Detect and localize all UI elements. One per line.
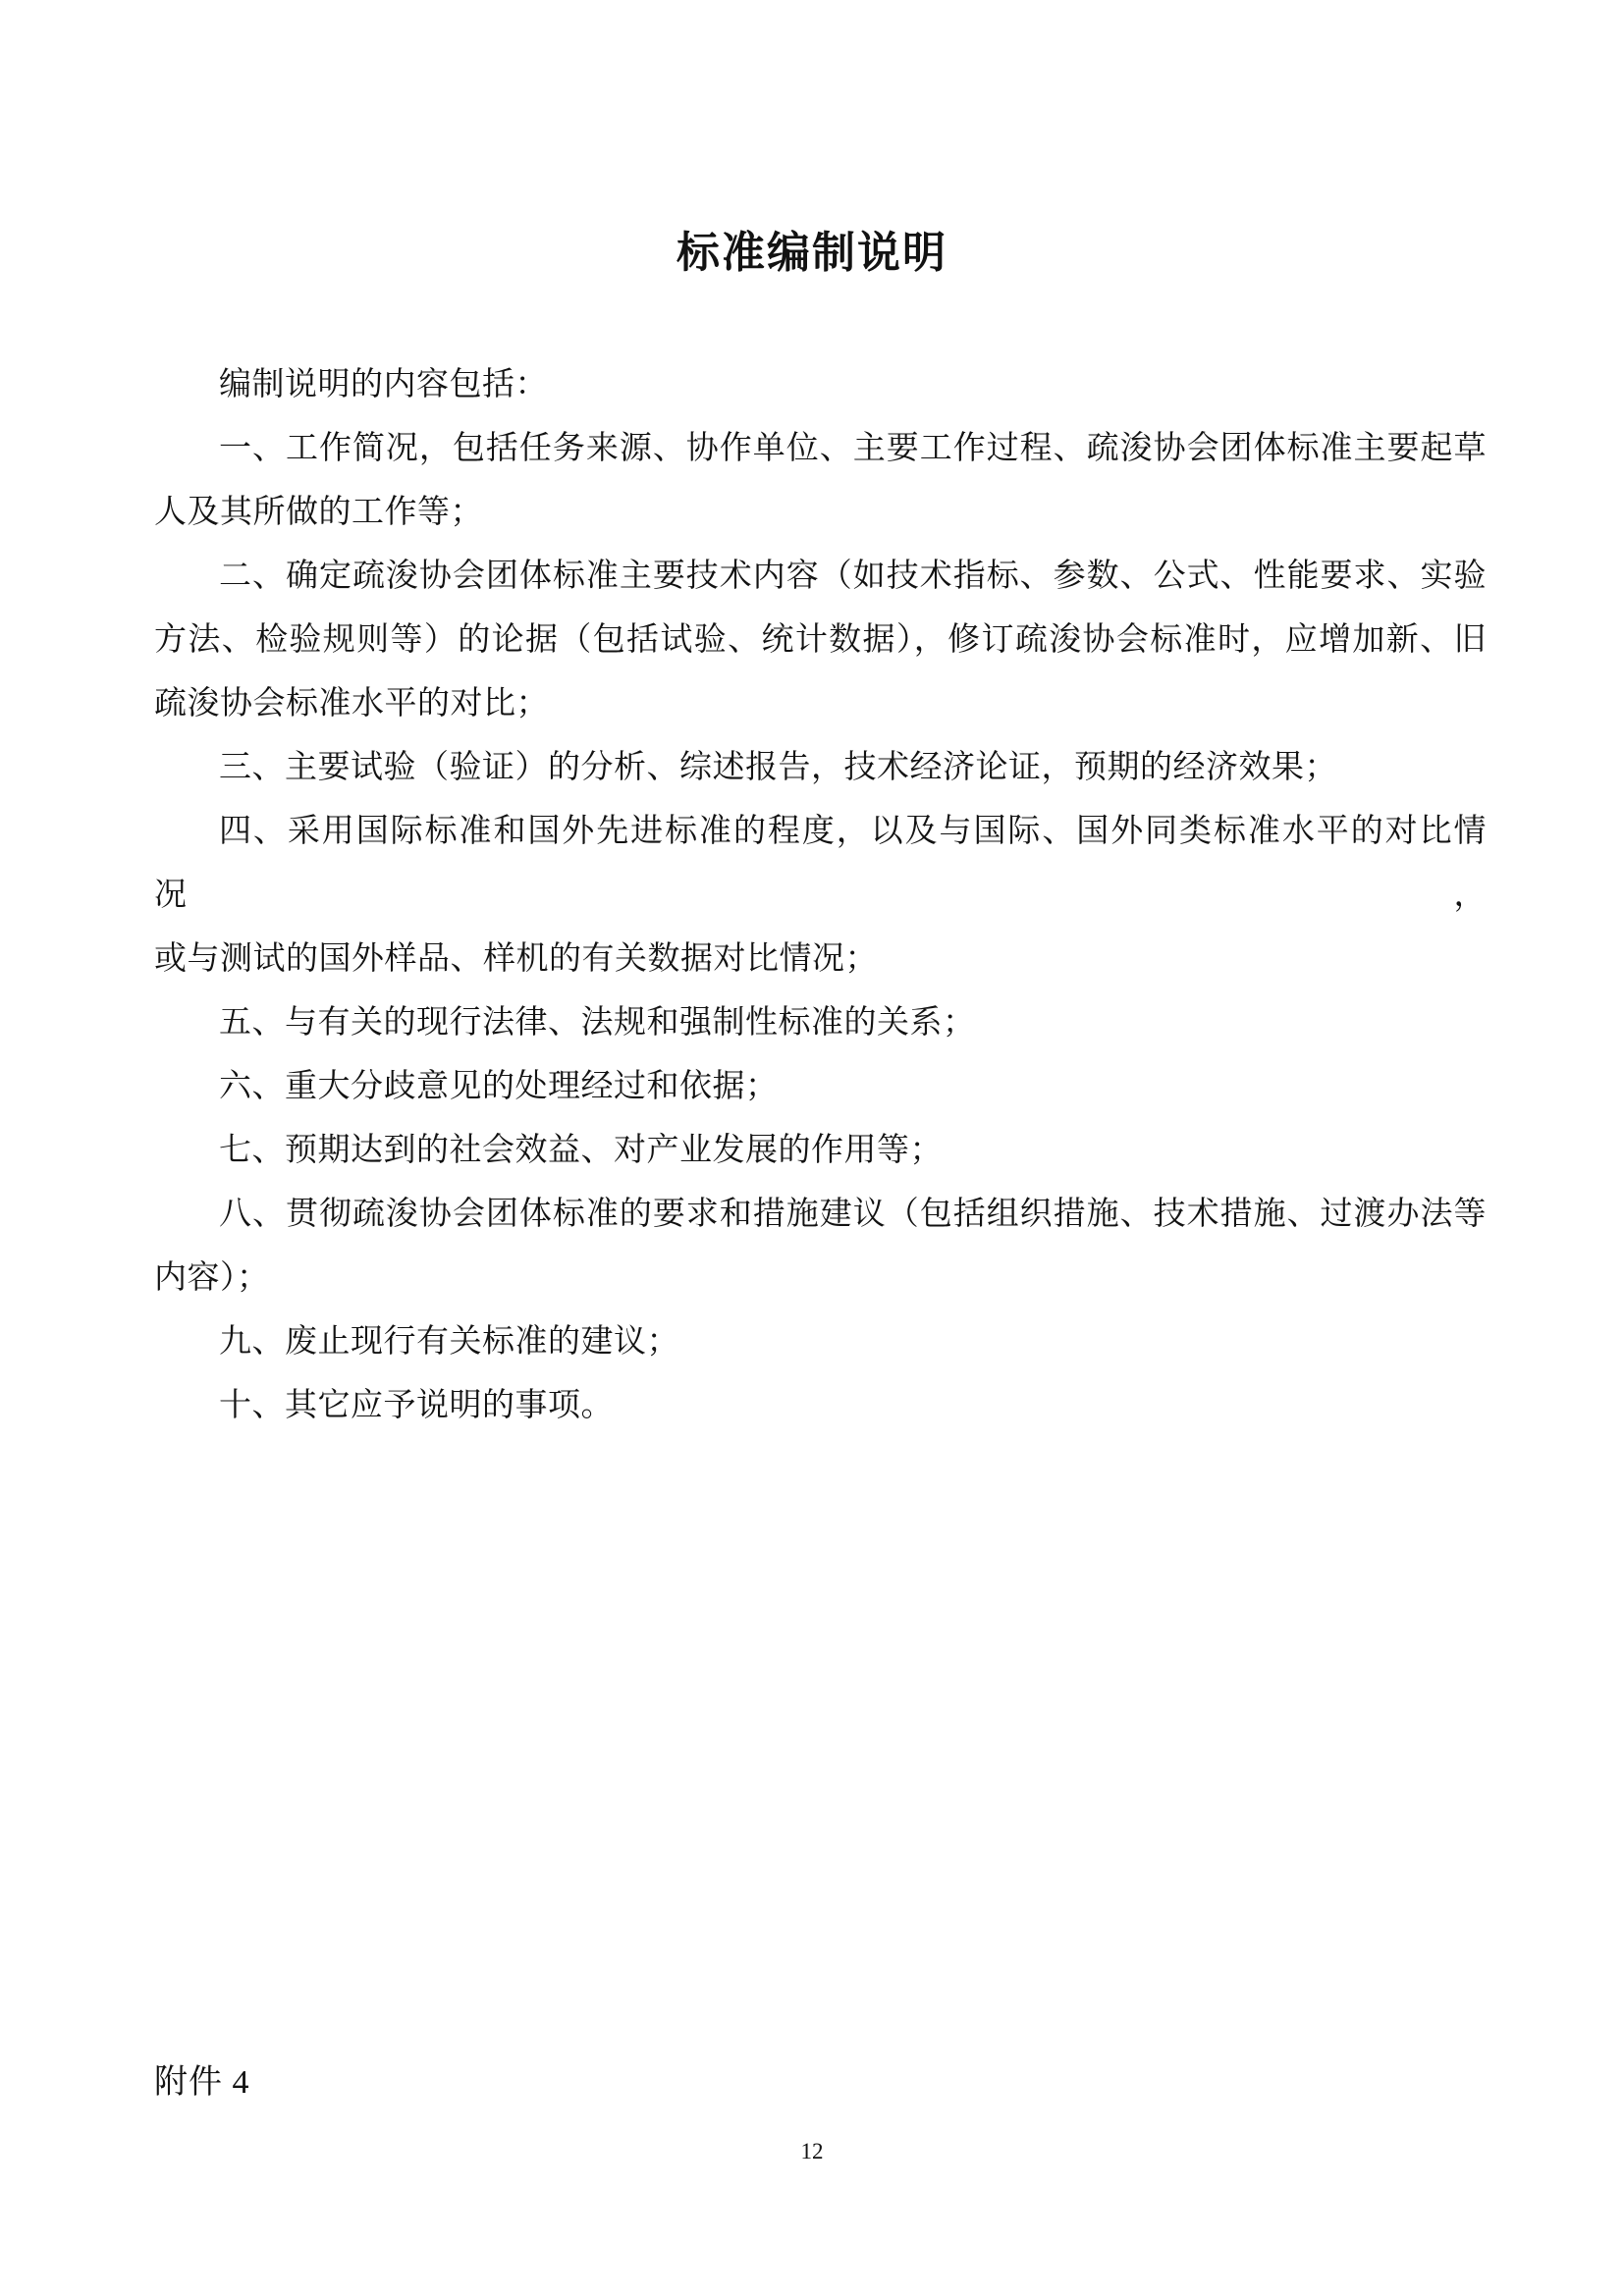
paragraph-line: 人及其所做的工作等； [154, 481, 1487, 545]
paragraph-line: 疏浚协会标准水平的对比； [154, 672, 1487, 736]
paragraph-line: 六、重大分歧意见的处理经过和依据； [154, 1055, 1487, 1119]
document-page: 标准编制说明 编制说明的内容包括： 一、工作简况，包括任务来源、协作单位、主要工… [0, 0, 1624, 2296]
paragraph-line: 十、其它应予说明的事项。 [154, 1374, 1487, 1438]
paragraph-line: 八、贯彻疏浚协会团体标准的要求和措施建议（包括组织措施、技术措施、过渡办法等 [154, 1183, 1487, 1247]
paragraph-line: 四、采用国际标准和国外先进标准的程度，以及与国际、国外同类标准水平的对比情况， [154, 800, 1487, 928]
document-title: 标准编制说明 [0, 228, 1624, 279]
paragraph-line: 三、主要试验（验证）的分析、综述报告，技术经济论证，预期的经济效果； [154, 736, 1487, 800]
paragraph-line: 一、工作简况，包括任务来源、协作单位、主要工作过程、疏浚协会团体标准主要起草 [154, 417, 1487, 481]
paragraph-line: 内容）； [154, 1247, 1487, 1310]
paragraph-line: 七、预期达到的社会效益、对产业发展的作用等； [154, 1119, 1487, 1183]
paragraph-line: 五、与有关的现行法律、法规和强制性标准的关系； [154, 991, 1487, 1055]
page-number: 12 [0, 2138, 1624, 2165]
paragraph-line: 编制说明的内容包括： [154, 353, 1487, 417]
attachment-label: 附件 4 [154, 2061, 250, 2105]
document-body: 编制说明的内容包括： 一、工作简况，包括任务来源、协作单位、主要工作过程、疏浚协… [154, 353, 1487, 1438]
paragraph-line: 方法、检验规则等）的论据（包括试验、统计数据），修订疏浚协会标准时，应增加新、旧 [154, 609, 1487, 672]
paragraph-line: 九、废止现行有关标准的建议； [154, 1310, 1487, 1374]
paragraph-line: 二、确定疏浚协会团体标准主要技术内容（如技术指标、参数、公式、性能要求、实验 [154, 545, 1487, 609]
paragraph-line: 或与测试的国外样品、样机的有关数据对比情况； [154, 928, 1487, 991]
